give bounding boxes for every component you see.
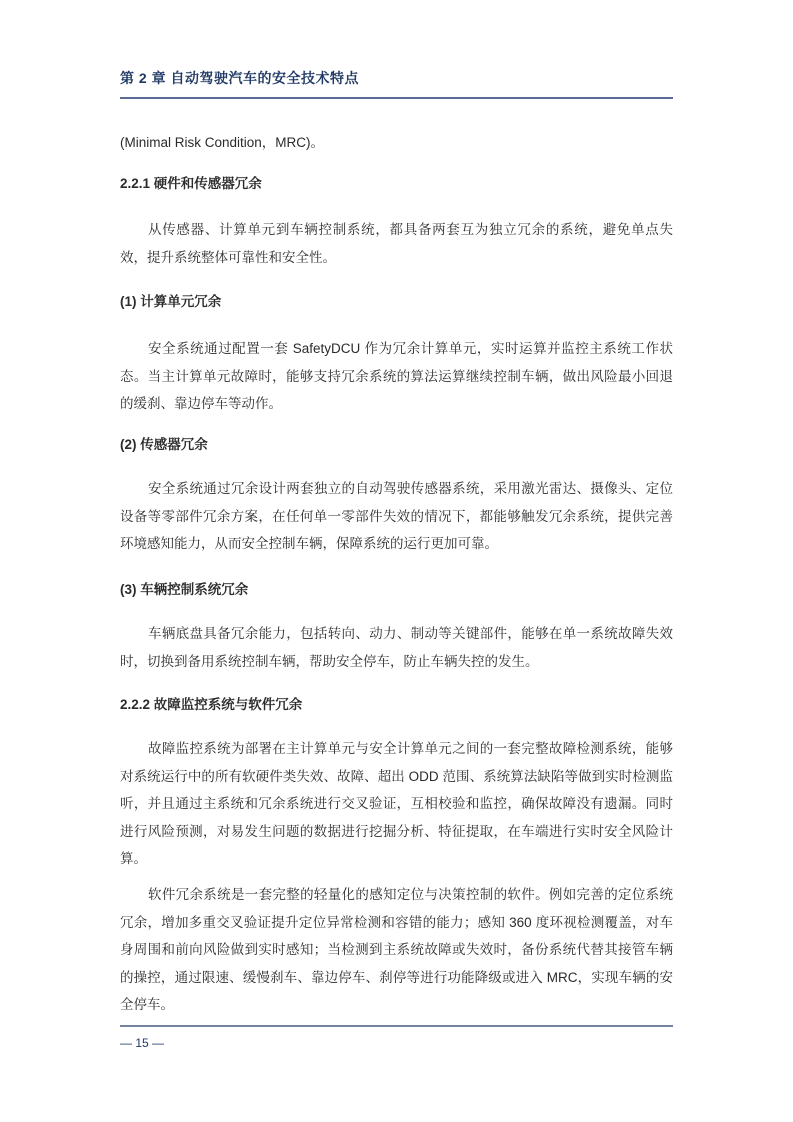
paragraph-compute-unit-redundancy: 安全系统通过配置一套 SafetyDCU 作为冗余计算单元，实时运算并监控主系统…: [120, 335, 673, 418]
page-number: — 15 —: [120, 1032, 673, 1054]
subheading-sensor-redundancy: (2) 传感器冗余: [120, 431, 673, 459]
paragraph-hardware-redundancy: 从传感器、计算单元到车辆控制系统，都具备两套互为独立冗余的系统，避免单点失效，提…: [120, 216, 673, 271]
page-footer: — 15 —: [120, 1025, 673, 1054]
page-header: 第 2 章 自动驾驶汽车的安全技术特点: [120, 67, 673, 99]
header-rule: [120, 97, 673, 99]
chapter-title: 第 2 章 自动驾驶汽车的安全技术特点: [120, 67, 673, 89]
footer-rule: [120, 1025, 673, 1027]
paragraph-software-redundancy: 软件冗余系统是一套完整的轻量化的感知定位与决策控制的软件。例如完善的定位系统冗余…: [120, 881, 673, 1019]
subheading-vehicle-control-redundancy: (3) 车辆控制系统冗余: [120, 576, 673, 604]
section-heading-2-2-1: 2.2.1 硬件和传感器冗余: [120, 170, 673, 198]
paragraph-fault-monitoring-system: 故障监控系统为部署在主计算单元与安全计算单元之间的一套完整故障检测系统，能够对系…: [120, 735, 673, 873]
document-page: 第 2 章 自动驾驶汽车的安全技术特点 (Minimal Risk Condit…: [0, 0, 793, 1122]
subheading-compute-unit-redundancy: (1) 计算单元冗余: [120, 288, 673, 316]
paragraph-sensor-redundancy: 安全系统通过冗余设计两套独立的自动驾驶传感器系统，采用激光雷达、摄像头、定位设备…: [120, 475, 673, 558]
section-heading-2-2-2: 2.2.2 故障监控系统与软件冗余: [120, 691, 673, 719]
paragraph-vehicle-control-redundancy: 车辆底盘具备冗余能力，包括转向、动力、制动等关键部件，能够在单一系统故障失效时，…: [120, 620, 673, 675]
continuation-line-mrc: (Minimal Risk Condition，MRC)。: [120, 129, 673, 157]
